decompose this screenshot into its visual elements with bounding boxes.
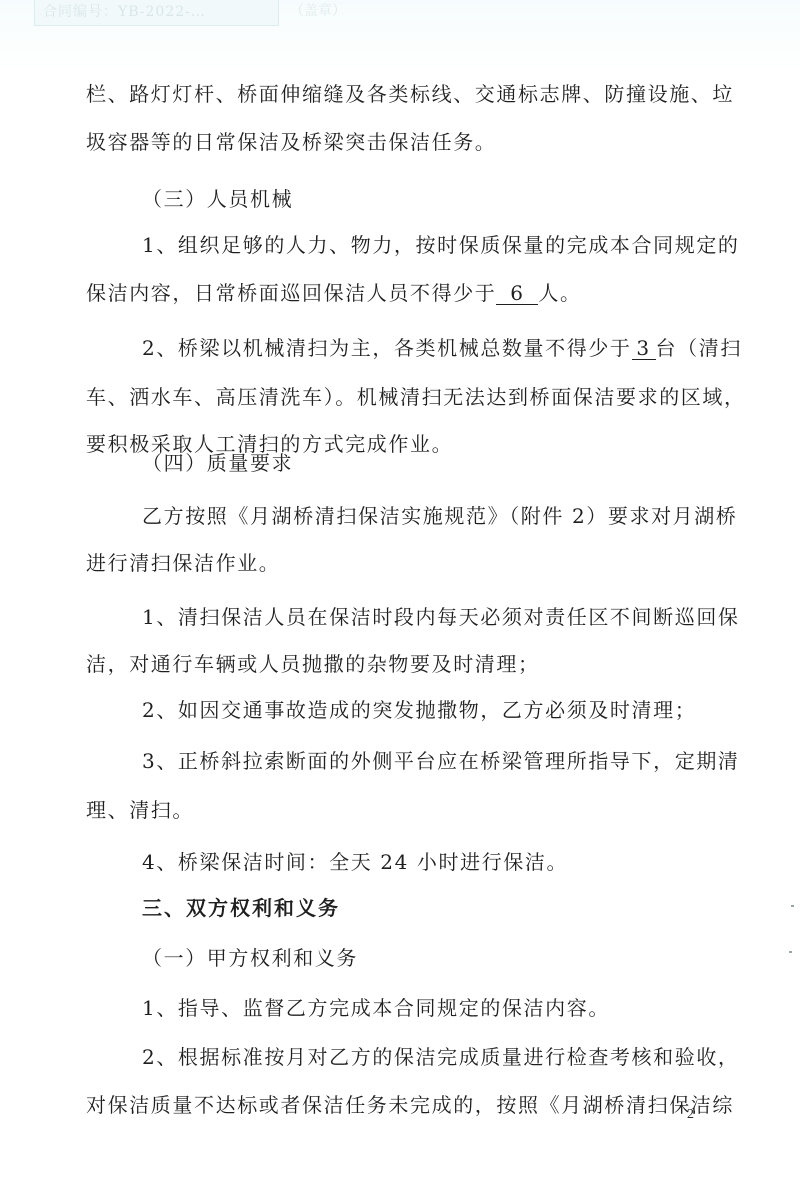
paragraph-line: 乙方按照《月湖桥清扫保洁实施规范》（附件 2）要求对月湖桥 — [142, 504, 737, 528]
paragraph-line-staff-count: 保洁内容，日常桥面巡回保洁人员不得少于6人。 — [86, 281, 582, 305]
paragraph-line: 1、清扫保洁人员在保洁时段内每天必须对责任区不间断巡回保 — [142, 605, 740, 629]
paragraph-line: 圾容器等的日常保洁及桥梁突击保洁任务。 — [86, 130, 496, 154]
machine-count-value: 3 — [632, 337, 656, 360]
paragraph-line-machine-count: 2、桥梁以机械清扫为主，各类机械总数量不得少于3台（清扫 — [142, 336, 742, 360]
paragraph-line: 进行清扫保洁作业。 — [86, 551, 280, 575]
staff-count-suffix: 人。 — [538, 281, 581, 305]
subsection-heading-party-a: （一）甲方权利和义务 — [142, 946, 358, 970]
machine-count-suffix: 台（清扫 — [656, 336, 742, 360]
document-page: 合同编号：YB-2022-… （盖章） 栏、路灯灯杆、桥面伸缩缝及各类标线、交通… — [0, 0, 800, 1177]
staff-count-value: 6 — [496, 282, 538, 305]
paragraph-line: 1、指导、监督乙方完成本合同规定的保洁内容。 — [142, 996, 610, 1020]
page-number: 2 — [687, 1107, 694, 1123]
faded-stamp-text: （盖章） — [290, 0, 460, 24]
paragraph-line: 1、组织足够的人力、物力，按时保质保量的完成本合同规定的 — [142, 233, 740, 257]
machine-count-text: 2、桥梁以机械清扫为主，各类机械总数量不得少于 — [142, 336, 632, 360]
contract-number-stamp: 合同编号：YB-2022-… — [34, 0, 279, 26]
paragraph-line: 车、洒水车、高压清洗车）。机械清扫无法达到桥面保洁要求的区域， — [86, 385, 746, 409]
paragraph-line: 栏、路灯灯杆、桥面伸缩缝及各类标线、交通标志牌、防撞设施、垃 — [86, 82, 734, 106]
section-heading-rights-obligations: 三、双方权利和义务 — [142, 896, 340, 920]
scan-speck — [791, 905, 794, 907]
subsection-heading-personnel-machinery: （三）人员机械 — [142, 187, 293, 211]
paragraph-line: 对保洁质量不达标或者保洁任务未完成的，按照《月湖桥清扫保洁综 — [86, 1093, 734, 1117]
paragraph-line: 洁，对通行车辆或人员抛撒的杂物要及时清理； — [86, 652, 540, 676]
paragraph-line: 2、如因交通事故造成的突发抛撒物，乙方必须及时清理； — [142, 698, 696, 722]
staff-count-text: 保洁内容，日常桥面巡回保洁人员不得少于 — [86, 281, 496, 305]
scan-speck — [789, 951, 792, 953]
paragraph-line: 3、正桥斜拉索断面的外侧平台应在桥梁管理所指导下，定期清 — [142, 749, 740, 773]
paragraph-line: 理、清扫。 — [86, 798, 194, 822]
subsection-heading-quality: （四）质量要求 — [142, 451, 293, 475]
paragraph-line: 2、根据标准按月对乙方的保洁完成质量进行检查考核和验收， — [142, 1045, 740, 1069]
paragraph-line: 4、桥梁保洁时间：全天 24 小时进行保洁。 — [142, 850, 568, 874]
